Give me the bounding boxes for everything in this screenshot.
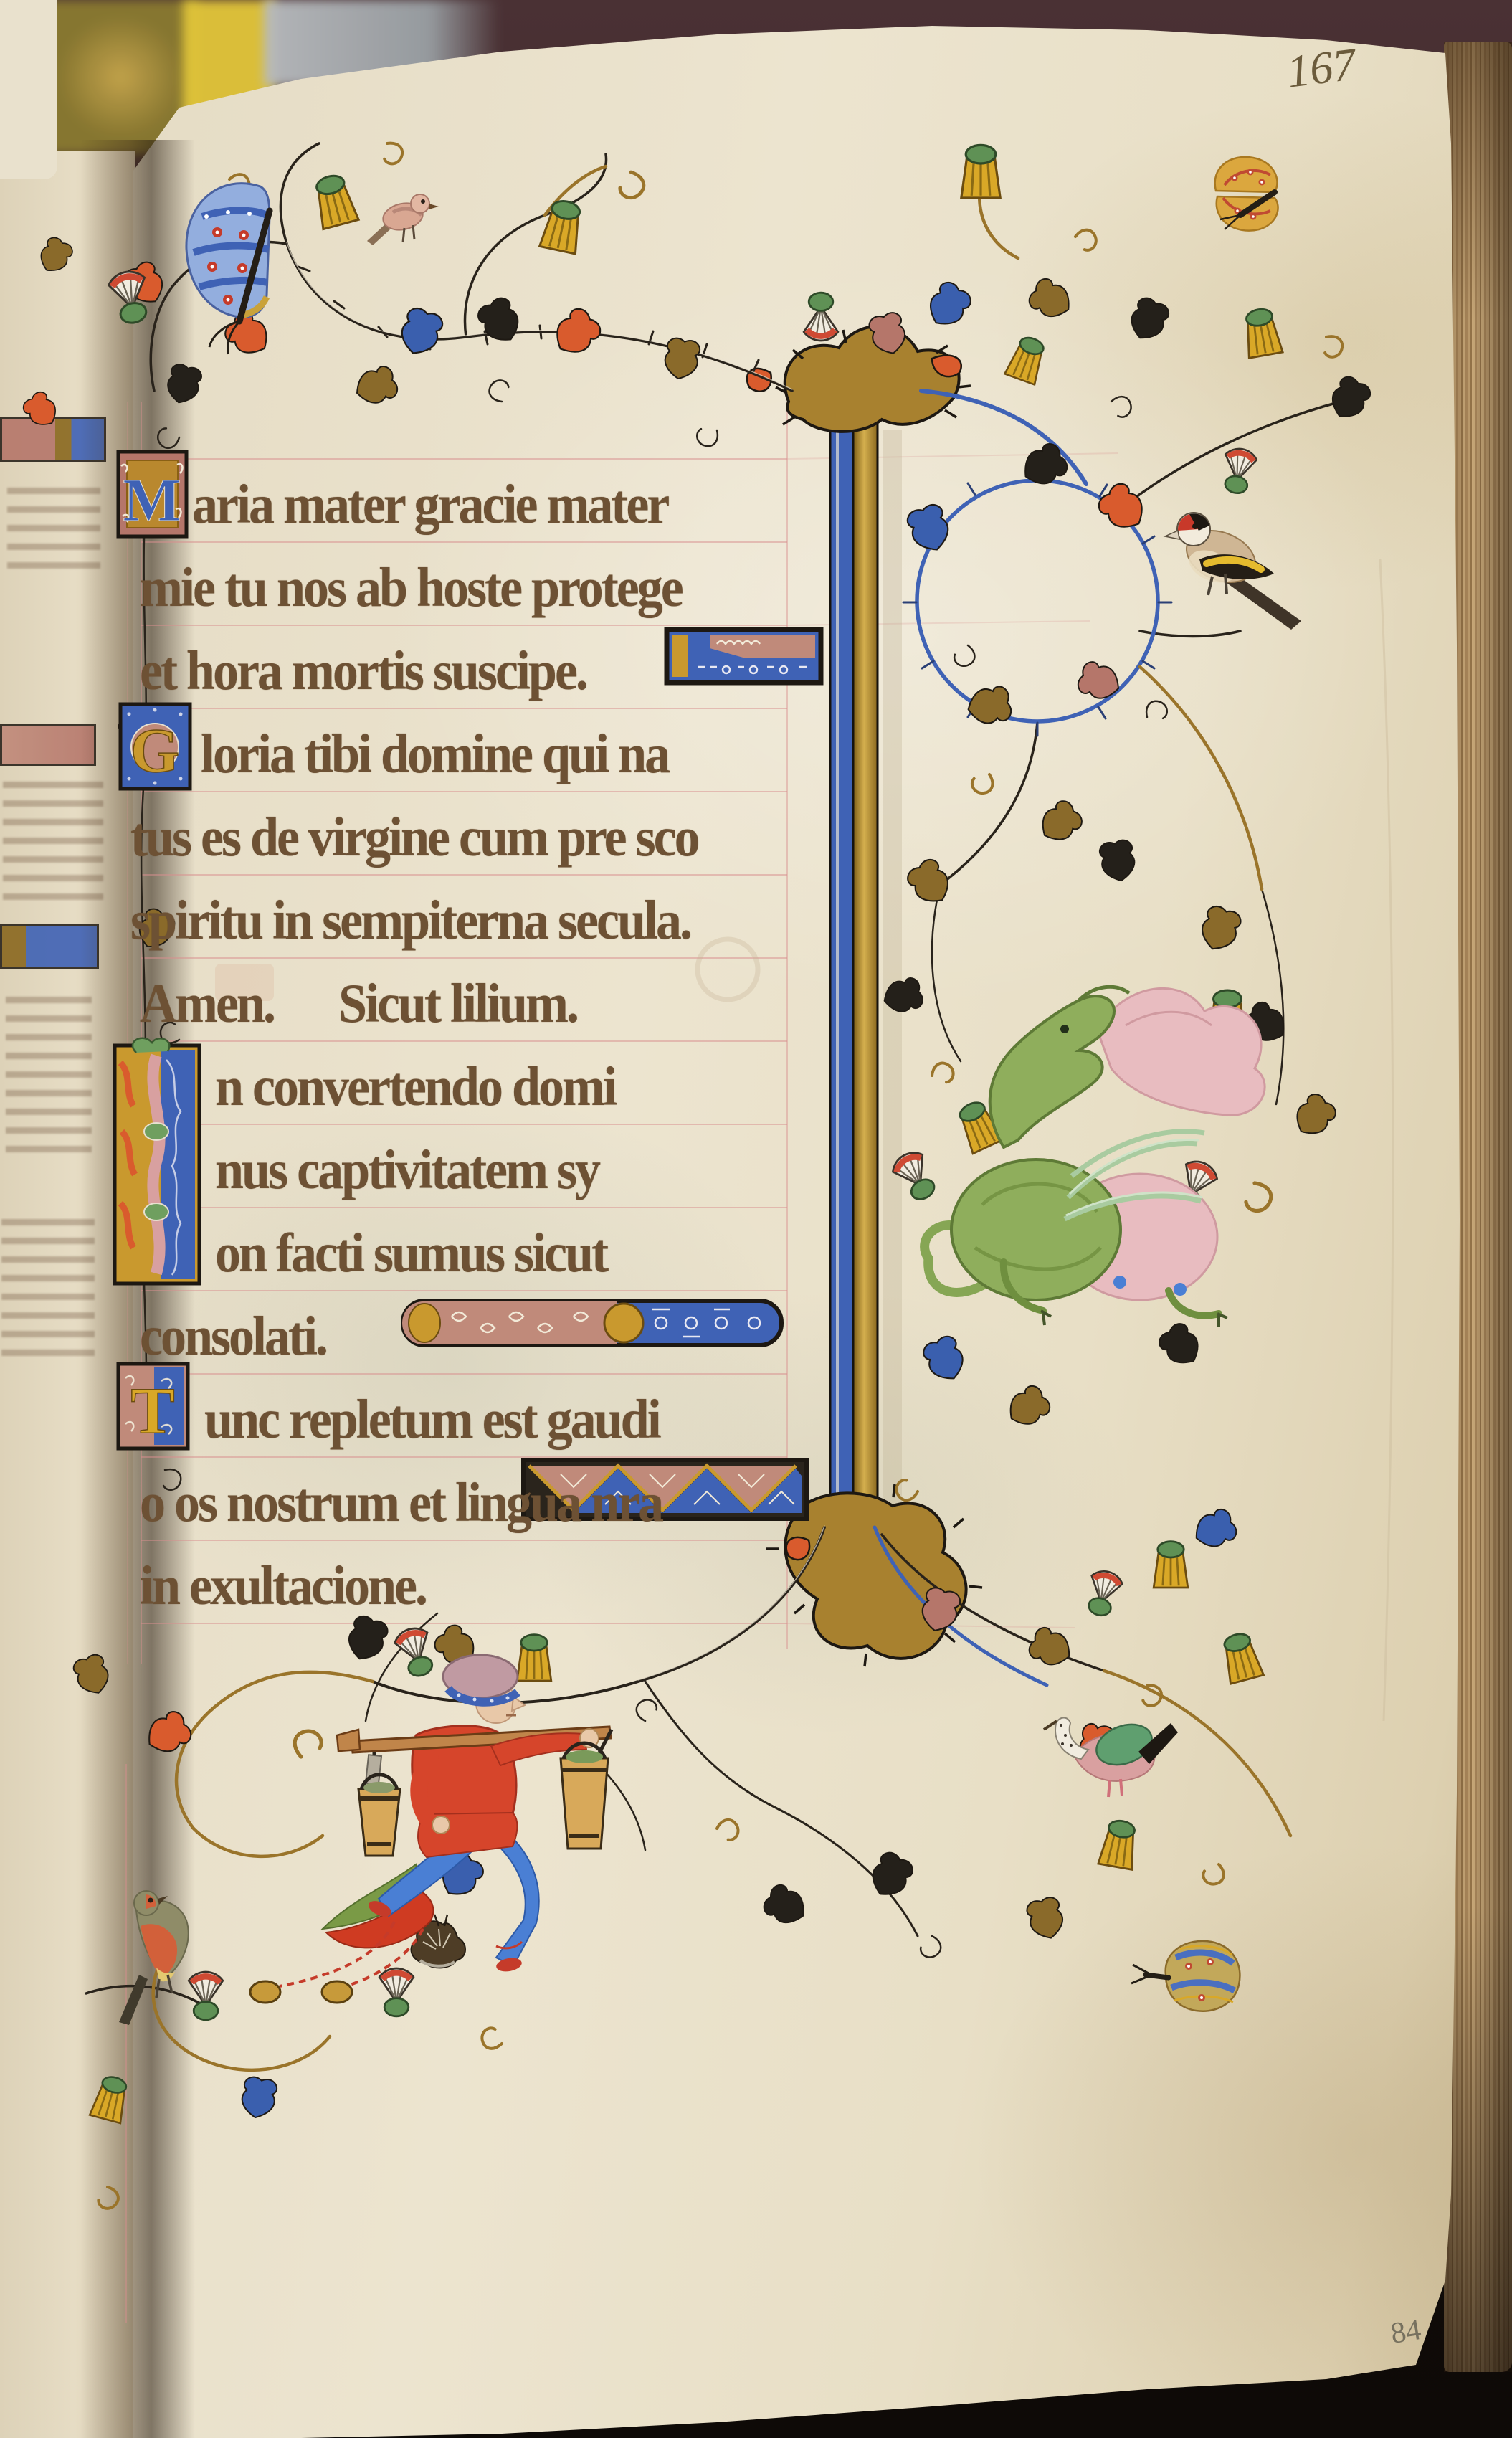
manuscript-line: spiritu in sempiterna secula. bbox=[130, 883, 690, 960]
manuscript-line: aria mater gracie mater bbox=[192, 468, 667, 544]
manuscript-line: mie tu nos ab hoste protege bbox=[140, 551, 682, 627]
manuscript-line: in exultacione. bbox=[140, 1549, 426, 1626]
manuscript-line: consolati. bbox=[140, 1299, 326, 1376]
text-block: aria mater gracie mater mie tu nos ab ho… bbox=[0, 0, 1512, 2438]
manuscript-line: n convertendo domi bbox=[215, 1050, 615, 1126]
manuscript-line: Amen. Sicut lilium. bbox=[140, 967, 577, 1043]
folio-number: 167 bbox=[1284, 37, 1359, 98]
manuscript-line: nus captivitatem sy bbox=[215, 1133, 599, 1210]
manuscript-line: unc repletum est gaudi bbox=[204, 1382, 660, 1459]
manuscript-line: tus es de virgine cum pre sco bbox=[130, 800, 698, 877]
manuscript-line: o os nostrum et lingua nra bbox=[140, 1466, 662, 1542]
manuscript-line: loria tibi domine qui na bbox=[201, 717, 668, 794]
manuscript-line: et hora mortis suscipe. bbox=[140, 634, 586, 711]
manuscript-photo: M G T bbox=[0, 0, 1512, 2438]
manuscript-line: on facti sumus sicut bbox=[215, 1216, 607, 1293]
pencil-folio-number: 84 bbox=[1389, 2313, 1424, 2351]
